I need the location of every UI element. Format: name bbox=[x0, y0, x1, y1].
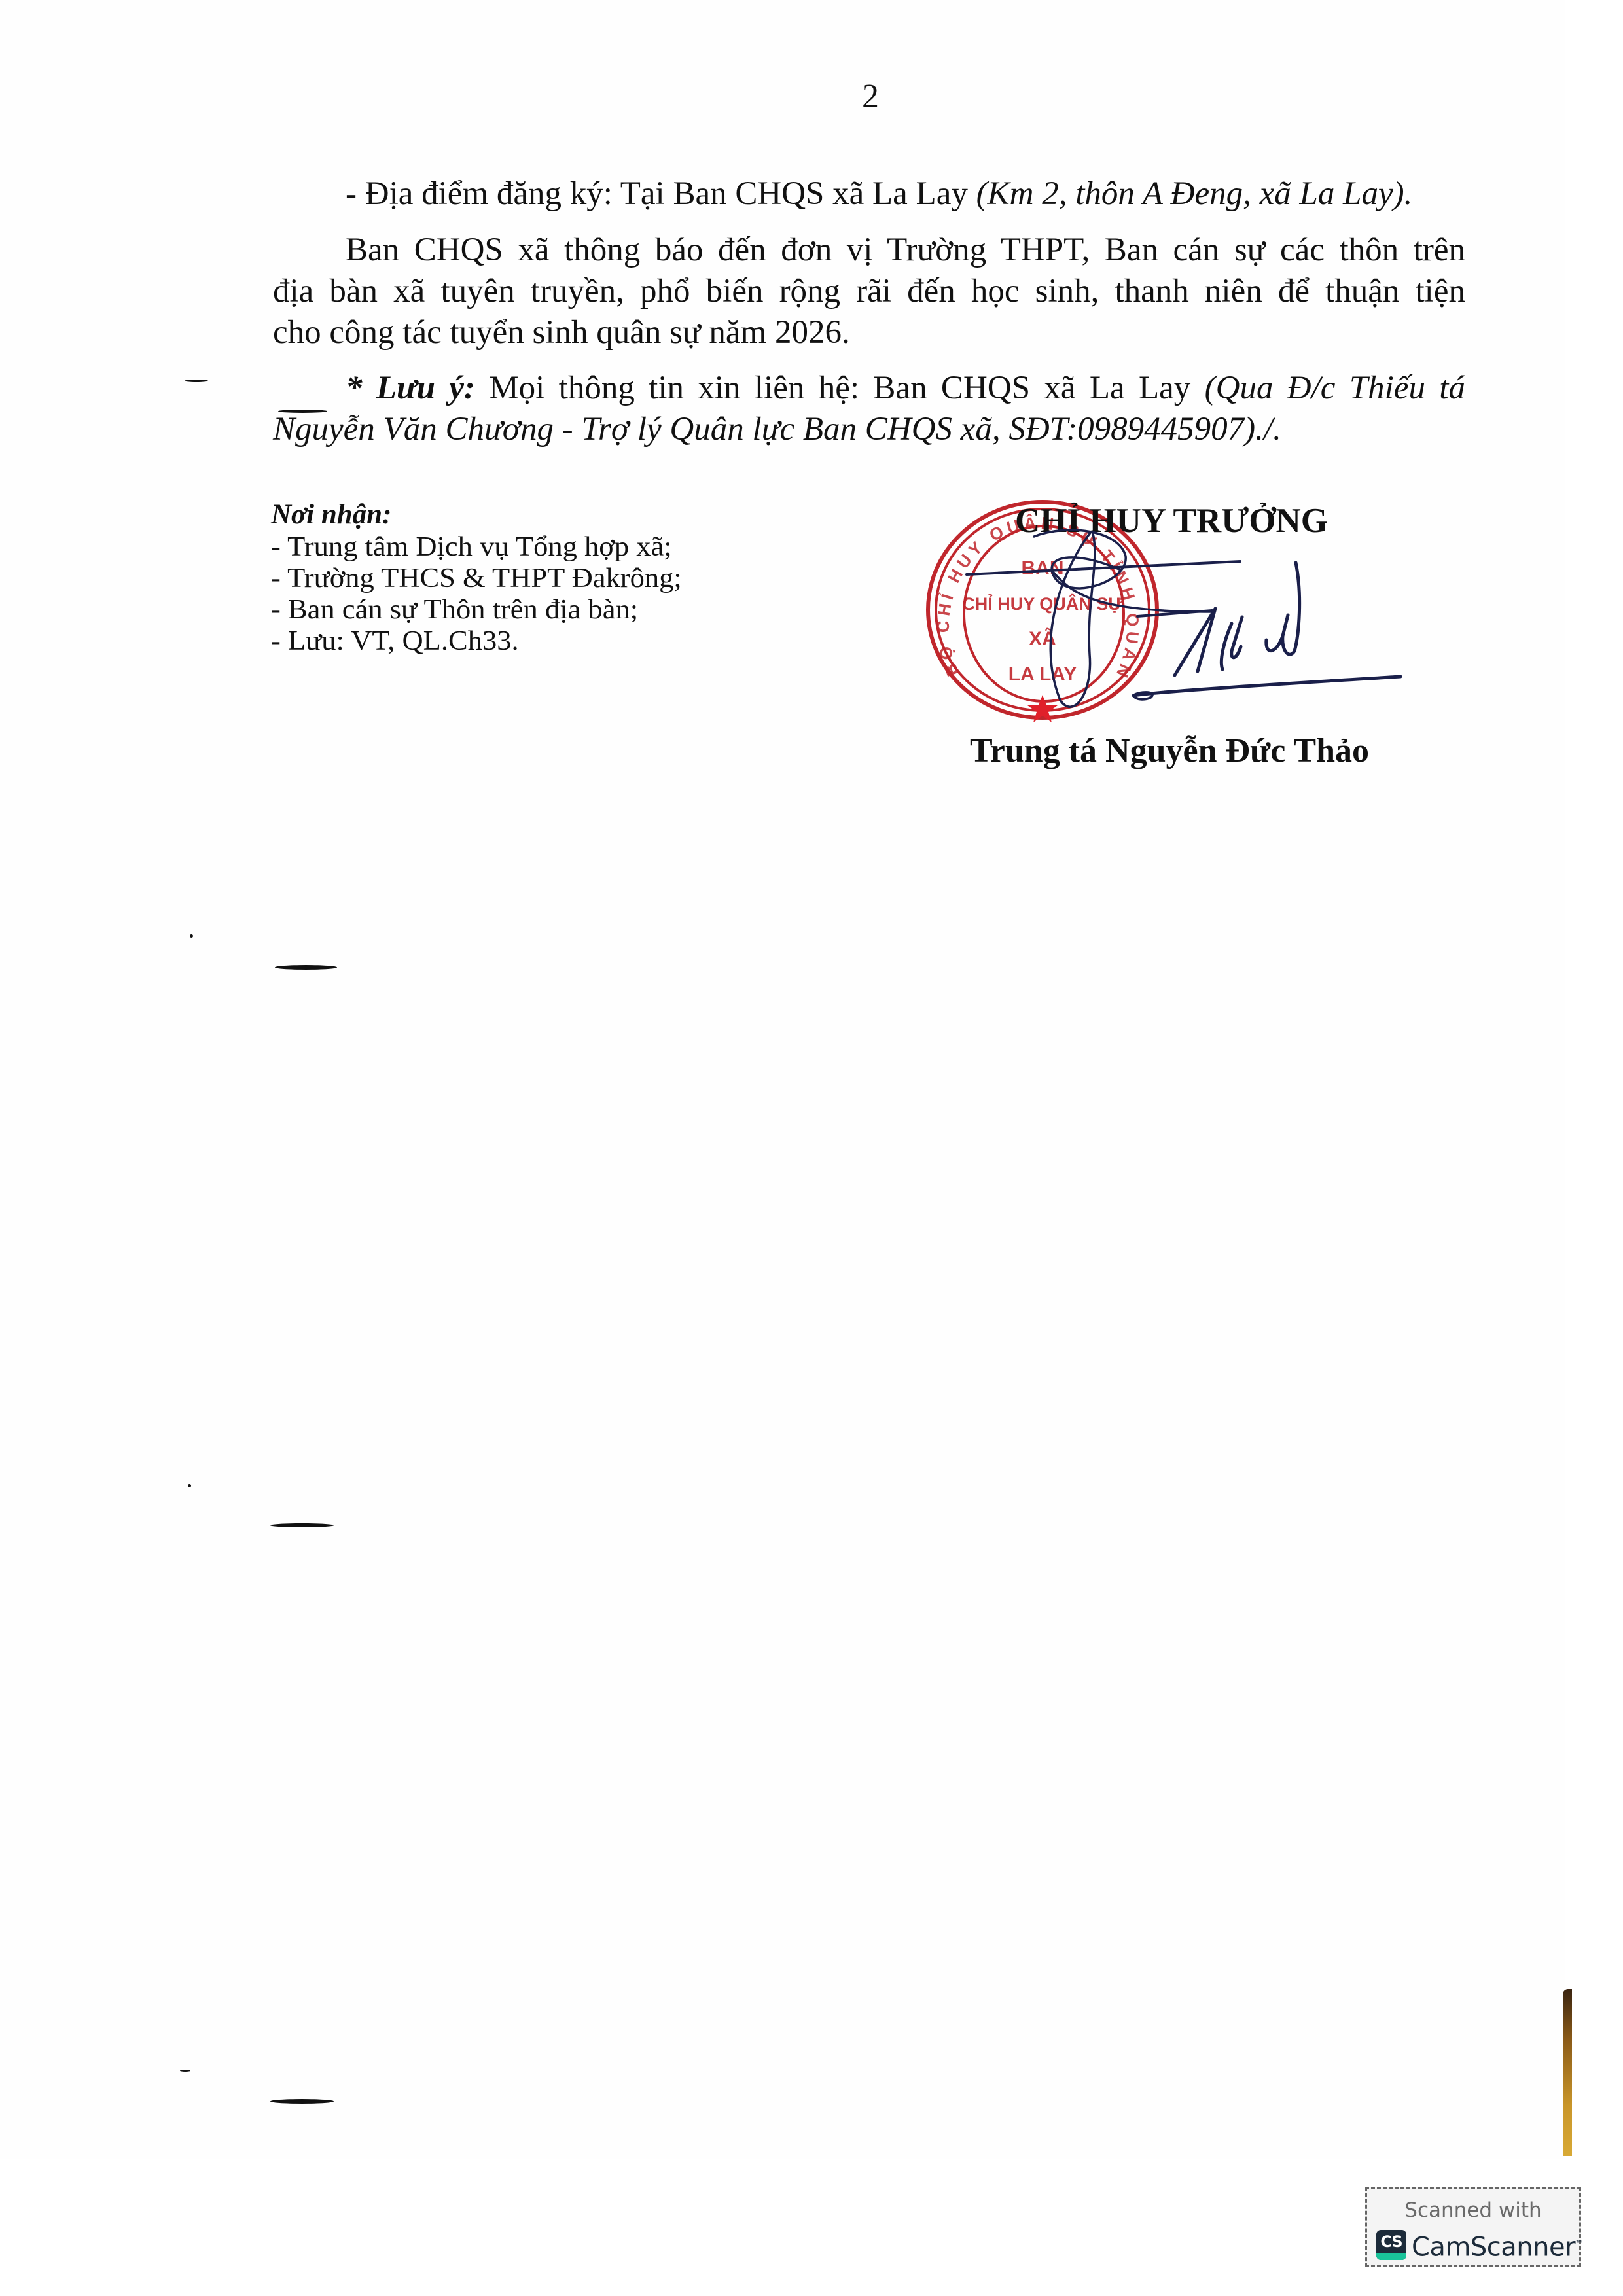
note-asterisk: * bbox=[346, 370, 376, 406]
page-number: 2 bbox=[851, 77, 890, 116]
camscanner-logo-icon: CS bbox=[1376, 2230, 1406, 2260]
location-address: (Km 2, thôn A Đeng, xã La Lay). bbox=[976, 175, 1413, 212]
scan-dash-mark bbox=[180, 2070, 190, 2072]
camscanner-watermark: Scanned with CS CamScanner™ bbox=[1365, 2187, 1581, 2267]
watermark-caption: Scanned with bbox=[1367, 2199, 1579, 2222]
scan-dash-mark bbox=[185, 380, 208, 382]
recipients-block: Nơi nhận: - Trung tâm Dịch vụ Tổng hợp x… bbox=[271, 499, 658, 657]
page-edge-shadow bbox=[1563, 1989, 1572, 2156]
note-text: Mọi thông tin xin liên hệ: Ban CHQS xã L… bbox=[475, 370, 1205, 406]
location-text: - Địa điểm đăng ký: Tại Ban CHQS xã La L… bbox=[346, 175, 976, 212]
recipient-item: - Lưu: VT, QL.Ch33. bbox=[271, 626, 682, 657]
registration-location-line: - Địa điểm đăng ký: Tại Ban CHQS xã La L… bbox=[346, 174, 1412, 213]
watermark-brand: CamScanner™ bbox=[1412, 2227, 1583, 2263]
note-contact-start: (Qua Đ/c Thiếu tá bbox=[1205, 370, 1465, 406]
recipient-item: - Ban cán sự Thôn trên địa bàn; bbox=[271, 594, 682, 626]
scan-dot bbox=[190, 934, 193, 938]
scan-dash-mark bbox=[275, 965, 337, 970]
scan-dash-mark bbox=[270, 1523, 334, 1527]
note-line-2: Nguyễn Văn Chương - Trợ lý Quân lực Ban … bbox=[273, 410, 1281, 449]
handwritten-signature bbox=[903, 484, 1427, 746]
scan-dash-mark bbox=[270, 2099, 334, 2104]
notice-line-1: Ban CHQS xã thông báo đến đơn vị Trường … bbox=[346, 230, 1465, 270]
notice-line-3: cho công tác tuyển sinh quân sự năm 2026… bbox=[273, 313, 850, 352]
recipient-item: - Trung tâm Dịch vụ Tổng hợp xã; bbox=[271, 531, 682, 563]
trademark-symbol: ™ bbox=[1575, 2239, 1583, 2248]
note-line-1: * Lưu ý: Mọi thông tin xin liên hệ: Ban … bbox=[346, 368, 1465, 408]
brand-name: CamScanner bbox=[1412, 2232, 1575, 2262]
scan-dot bbox=[188, 1484, 191, 1487]
recipients-title: Nơi nhận: bbox=[271, 499, 658, 531]
notice-line-2: địa bàn xã tuyên truyền, phổ biến rộng r… bbox=[273, 272, 1465, 311]
recipient-item: - Trường THCS & THPT Đakrông; bbox=[271, 563, 682, 594]
note-label: Lưu ý: bbox=[376, 370, 475, 406]
scan-dash-mark bbox=[278, 410, 327, 413]
logo-accent-bar bbox=[1376, 2253, 1406, 2260]
logo-text: CS bbox=[1376, 2233, 1406, 2251]
